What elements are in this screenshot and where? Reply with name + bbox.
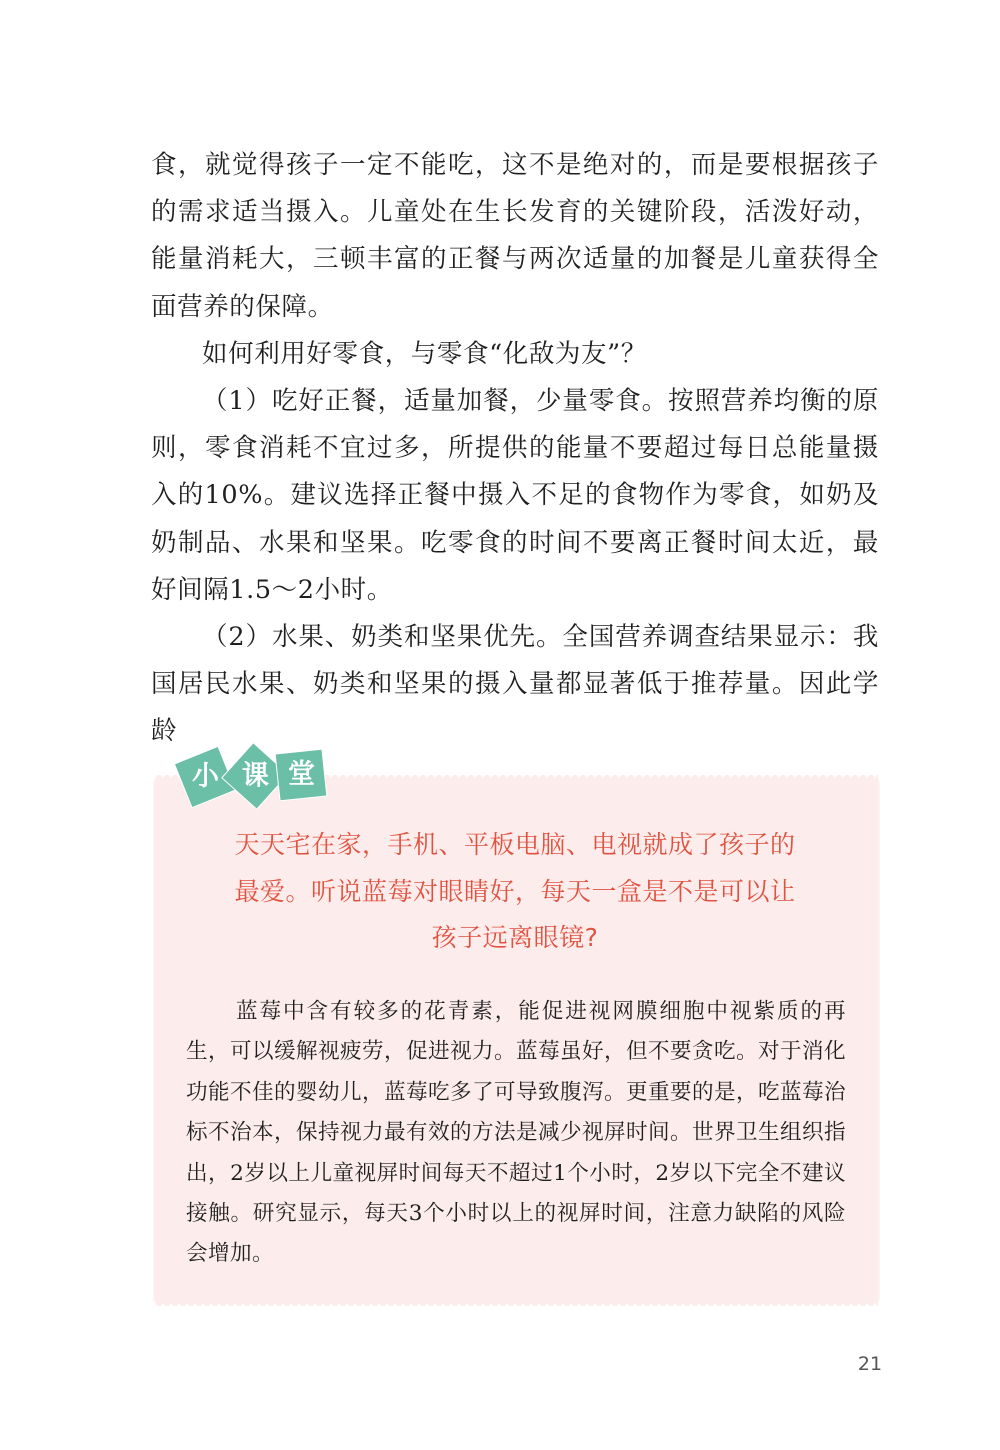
lesson-badge: 小 课 堂 xyxy=(172,746,332,808)
paragraph-snack-intro: 食，就觉得孩子一定不能吃，这不是绝对的，而是要根据孩子的需求适当摄入。儿童处在生… xyxy=(151,142,879,331)
paragraph-point-1: （1）吃好正餐，适量加餐，少量零食。按照营养均衡的原则，零食消耗不宜过多，所提供… xyxy=(151,378,879,614)
paragraph-question: 如何利用好零食，与零食“化敌为友”？ xyxy=(151,331,879,378)
badge-tile: 堂 xyxy=(276,750,327,801)
badge-char: 小 xyxy=(192,754,219,800)
lesson-answer: 蓝莓中含有较多的花青素，能促进视网膜细胞中视紫质的再生，可以缓解视疲劳，促进视力… xyxy=(186,992,846,1275)
badge-char: 课 xyxy=(242,753,269,799)
question-line: 最爱。听说蓝莓对眼睛好，每天一盒是不是可以让 xyxy=(205,869,825,916)
lesson-question: 天天宅在家，手机、平板电脑、电视就成了孩子的 最爱。听说蓝莓对眼睛好，每天一盒是… xyxy=(205,822,825,962)
paragraph-point-2: （2）水果、奶类和坚果优先。全国营养调查结果显示：我国居民水果、奶类和坚果的摄入… xyxy=(151,614,879,756)
page-number: 21 xyxy=(850,1353,890,1375)
main-body-text: 食，就觉得孩子一定不能吃，这不是绝对的，而是要根据孩子的需求适当摄入。儿童处在生… xyxy=(151,142,879,756)
answer-paragraph: 蓝莓中含有较多的花青素，能促进视网膜细胞中视紫质的再生，可以缓解视疲劳，促进视力… xyxy=(186,992,846,1275)
question-line: 孩子远离眼镜? xyxy=(205,915,825,962)
badge-char: 堂 xyxy=(288,752,315,798)
question-line: 天天宅在家，手机、平板电脑、电视就成了孩子的 xyxy=(205,822,825,869)
